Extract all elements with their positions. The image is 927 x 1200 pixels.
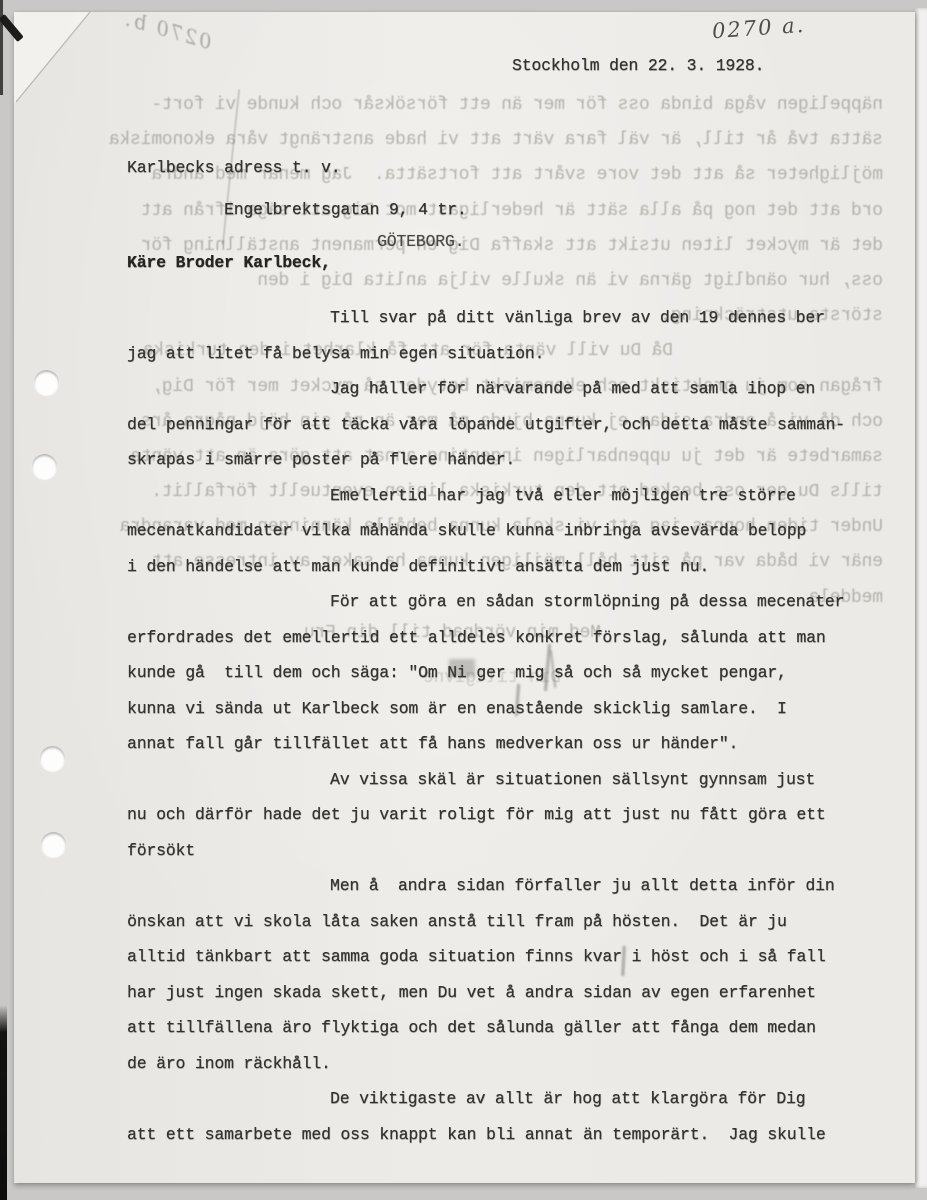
- letter-body-line: i den händelse att man kunde definitivt …: [127, 549, 897, 585]
- scan-edge-artifact: [0, 1005, 7, 1200]
- letter-body-line: de äro inom räckhåll.: [127, 1046, 897, 1082]
- letter-body-line: De viktigaste av allt är hog att klargör…: [127, 1081, 897, 1117]
- letter-body-line: Men å andra sidan förfaller ju allt dett…: [127, 868, 897, 904]
- letter-body-line: Av vissa skäl är situationen sällsynt gy…: [127, 762, 897, 798]
- address-note-line1: Karlbecks adress t. v.: [127, 158, 340, 177]
- letter-body-line: att ett samarbete med oss knappt kan bli…: [127, 1117, 897, 1153]
- letter-body-line: Jag håller för närvarande på med att sam…: [127, 371, 897, 407]
- dateline: Stockholm den 22. 3. 1928.: [512, 56, 764, 75]
- letter-body-line: försökt: [127, 833, 897, 869]
- letter-body-line: Till svar på ditt vänliga brev av den 19…: [127, 300, 897, 336]
- letter-body-line: mecenatkandidater vilka måhända skulle k…: [127, 513, 897, 549]
- letter-body-line: alltid tänkbart att samma goda situation…: [127, 939, 897, 975]
- letter-body-line: önskan att vi skola låta saken anstå til…: [127, 904, 897, 940]
- letter-body-line: annat fall går tillfället att få hans me…: [127, 726, 897, 762]
- salutation: Käre Broder Karlbeck,: [127, 253, 331, 272]
- bleedthrough-line: näppeligen våga binda oss för mer än ett…: [34, 88, 883, 123]
- letter-body-line: kunna vi sända ut Karlbeck som är en ena…: [127, 691, 897, 727]
- address-note-line2: Engelbrektsgatan 9, 4 tr.: [224, 200, 467, 219]
- letter-body-line: del penningar för att täcka våra löpande…: [127, 407, 897, 443]
- letter-body-line: nu och därför hade det ju varit roligt f…: [127, 797, 897, 833]
- letter-body-line: skrapas i smärre poster på flere händer.: [127, 442, 897, 478]
- letter-body: Till svar på ditt vänliga brev av den 19…: [127, 300, 897, 1152]
- letter-body-line: att tillfällena äro flyktiga och det sål…: [127, 1010, 897, 1046]
- document-scan: 0270 b. näppeligen våga binda oss för me…: [0, 0, 927, 1200]
- bleedthrough-line: sätta två år till, är väl fara värt att …: [34, 123, 883, 158]
- letter-body-line: har just ingen skada skett, men Du vet å…: [127, 975, 897, 1011]
- letter-body-line: För att göra en sådan stormlöpning på de…: [127, 584, 897, 620]
- overstrike-blot: [449, 659, 475, 677]
- letter-body-line: erfordrades det emellertid ett alldeles …: [127, 620, 897, 656]
- letter-body-line: kunde gå till dem och säga: "Om Ni ger m…: [127, 655, 897, 691]
- letter-body-line: jag att litet få belysa min egen situati…: [127, 336, 897, 372]
- bleedthrough-archival-number: 0270 b.: [121, 6, 215, 54]
- letter-body-line: Emellertid har jag två eller möjligen tr…: [127, 478, 897, 514]
- address-note-line3: GÖTEBORG.: [377, 232, 464, 251]
